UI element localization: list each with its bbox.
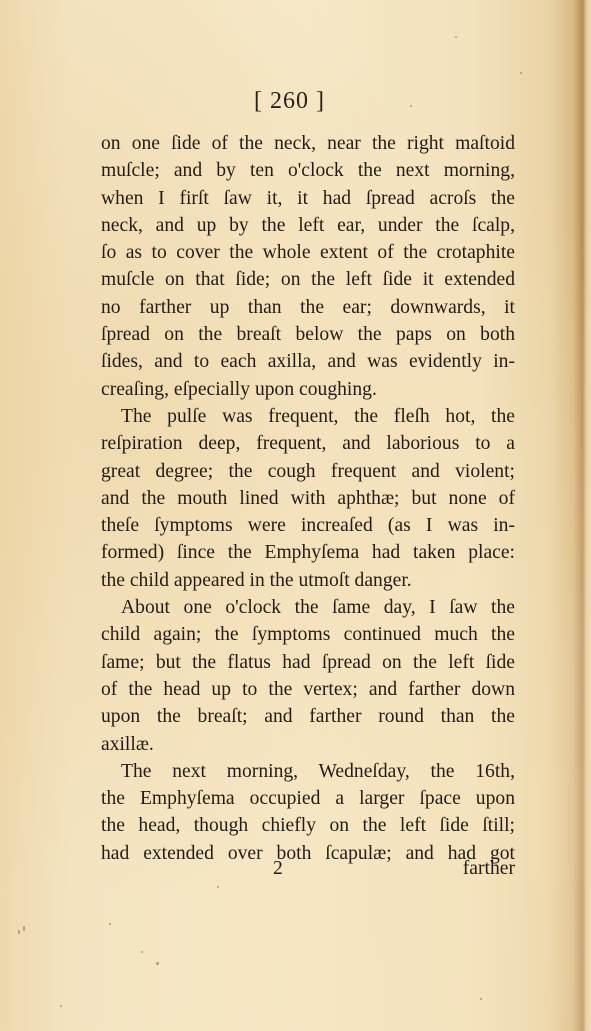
text-line: ſo as to cover the whole extent of the c… xyxy=(101,239,515,266)
paper-speck xyxy=(410,105,412,107)
catchword: farther xyxy=(463,858,515,880)
text-line: on one ſide of the neck, near the right … xyxy=(101,130,515,157)
paragraph-end-line: creaſing, eſpecially upon coughing. xyxy=(101,376,515,403)
text-line: upon the breaſt; and farther round than … xyxy=(101,703,515,730)
paper-speck xyxy=(141,951,143,953)
paper-speck xyxy=(109,923,111,925)
text-line: the head, though chiefly on the left ſid… xyxy=(101,812,515,839)
text-line: muſcle on that ſide; on the left ſide it… xyxy=(101,266,515,293)
text-line: theſe ſymptoms were increaſed (as I was … xyxy=(101,512,515,539)
paper-speck xyxy=(23,926,25,931)
paper-speck xyxy=(18,930,20,934)
paper-speck xyxy=(455,36,457,38)
text-line: when I firſt ſaw it, it had ſpread acroſ… xyxy=(101,185,515,212)
text-line: great degree; the cough frequent and vio… xyxy=(101,458,515,485)
text-line: reſpiration deep, frequent, and laboriou… xyxy=(101,430,515,457)
paragraph-start-line: About one o'clock the ſame day, I ſaw th… xyxy=(101,594,515,621)
paper-speck xyxy=(156,962,159,965)
text-line: ſides, and to each axilla, and was evide… xyxy=(101,348,515,375)
page-footer: 2 farther xyxy=(101,858,515,886)
text-line: and the mouth lined with aphthæ; but non… xyxy=(101,485,515,512)
text-line: the Emphyſema occupied a larger ſpace up… xyxy=(101,785,515,812)
text-line: no farther up than the ear; downwards, i… xyxy=(101,294,515,321)
text-line: ſpread on the breaſt below the paps on b… xyxy=(101,321,515,348)
signature-mark: 2 xyxy=(273,858,283,880)
paper-speck xyxy=(480,998,482,1000)
page-number: [ 260 ] xyxy=(254,88,374,115)
body-text: on one ſide of the neck, near the right … xyxy=(101,130,515,867)
paper-speck xyxy=(60,1005,62,1007)
text-line: muſcle; and by ten o'clock the next morn… xyxy=(101,157,515,184)
text-line: ſame; but the flatus had ſpread on the l… xyxy=(101,649,515,676)
text-line: neck, and up by the left ear, under the … xyxy=(101,212,515,239)
paper-speck xyxy=(217,886,219,888)
text-line: formed) ſince the Emphyſema had taken pl… xyxy=(101,539,515,566)
text-line: child again; the ſymptoms continued much… xyxy=(101,621,515,648)
text-line: of the head up to the vertex; and farthe… xyxy=(101,676,515,703)
paragraph-start-line: The pulſe was frequent, the fleſh hot, t… xyxy=(101,403,515,430)
paper-speck xyxy=(520,72,522,74)
book-page: [ 260 ] on one ſide of the neck, near th… xyxy=(0,0,591,1031)
paragraph-end-line: axillæ. xyxy=(101,731,515,758)
paragraph-end-line: the child appeared in the utmoſt danger. xyxy=(101,567,515,594)
paragraph-start-line: The next morning, Wedneſday, the 16th, xyxy=(101,758,515,785)
